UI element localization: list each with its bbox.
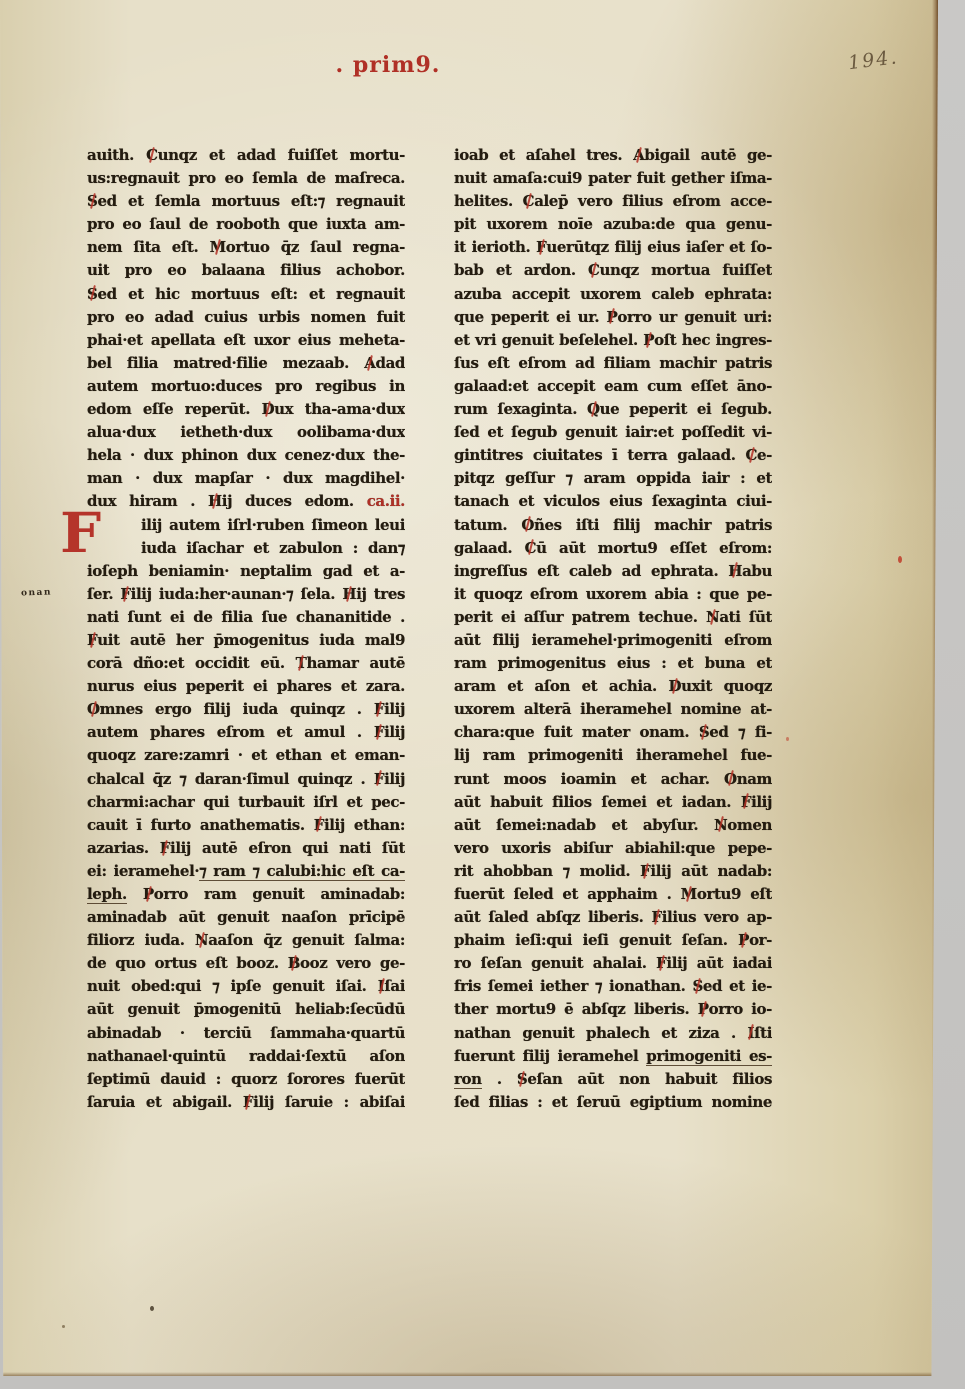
text-line: pit uxorem noīe azuba:de qua genu- [454, 213, 772, 236]
text-line: quoqz zare:zamri · et ethan et eman- [87, 744, 405, 767]
text-line: rum ſexaginta. Que peperit ei ſegub. [454, 398, 772, 421]
text-line: ſeptimū dauid : quorz ſorores fuerūt [87, 1068, 405, 1091]
text-line: vero uxoris abiſur abiahil:que pepe- [454, 837, 772, 860]
text-line: ſed et ſegub genuit iair:et poſſedit vi- [454, 421, 772, 444]
text-line: fris ſemei iether ⁊ ionathan. Sed et ie- [454, 975, 772, 998]
text-line: leph. Porro ram genuit aminadab: [87, 883, 405, 906]
text-column-right: ioab et aſahel tres. Abigail autē ge-nui… [454, 144, 772, 1114]
text-line: nem ſita eſt. Mortuo q̄z ſaul regna- [87, 236, 405, 259]
text-line: pro eo adad cuius urbis nomen fuit [87, 306, 405, 329]
text-line: nati ſunt ei de filia ſue chananitide . [87, 606, 405, 629]
text-line: ei: ieramehel·⁊ ram ⁊ calubi:hic eſt ca- [87, 860, 405, 883]
text-line: bel filia matred·filie mezaab. Adad [87, 352, 405, 375]
text-line: ſed filias : et ſeruū egiptium nomine [454, 1091, 772, 1114]
ink-underline: primogeniti es- [646, 1047, 772, 1066]
text-line: ioab et aſahel tres. Abigail autē ge- [454, 144, 772, 167]
text-line: iuda iſachar et zabulon : dan⁊ [87, 537, 405, 560]
text-line: hela · dux phinon dux cenez·dux the- [87, 444, 405, 467]
text-line: aram et aſon et achia. Duxit quoqz [454, 675, 772, 698]
text-line: ther mortu9 ē abſqz liberis. Porro io- [454, 998, 772, 1021]
text-line: aūt ſemei:nadab et abyſur. Nomen [454, 814, 772, 837]
text-line: gintitres ciuitates ī terra galaad. Ce- [454, 444, 772, 467]
chapter-rubric: ca.ii. [367, 492, 405, 510]
text-line: phai·et apellata eſt uxor eius meheta- [87, 329, 405, 352]
text-line: autem phares eſrom et amul . Filij [87, 721, 405, 744]
text-line: tanach et viculos eius ſexaginta ciui- [454, 490, 772, 513]
text-column-left: auith. Cunqz et adad fuiſſet mortu-us:re… [87, 144, 405, 1114]
red-ink-speck [898, 556, 902, 563]
dark-stain-speck [150, 1306, 154, 1311]
text-line: tatum. Oñes iſti filij machir patris [454, 514, 772, 537]
text-line: it ierioth. Fuerūtqz filij eius iaſer et… [454, 236, 772, 259]
text-line: fuerunt filij ieramehel primogeniti es- [454, 1045, 772, 1068]
text-line: ro ſeſan genuit ahalai. Filij aūt iadai [454, 952, 772, 975]
text-line: chara:que fuit mater onam. Sed ⁊ fi- [454, 721, 772, 744]
text-line: us:regnauit pro eo ſemla de maſreca. [87, 167, 405, 190]
text-line: et vri genuit beſelehel. Poſt hec ingres… [454, 329, 772, 352]
text-line: it quoqz eſrom uxorem abia : que pe- [454, 583, 772, 606]
text-line: de quo ortus eſt booz. Booz vero ge- [87, 952, 405, 975]
text-line: pitqz geſſur ⁊ aram oppida iair : et [454, 467, 772, 490]
text-line: corā dño:et occidit eū. Thamar autē [87, 652, 405, 675]
ink-underline: ⁊ ram ⁊ calubi:hic eſt ca- [199, 862, 405, 881]
text-line: Sed et ſemla mortuus eſt:⁊ regnauit [87, 190, 405, 213]
text-line: auith. Cunqz et adad fuiſſet mortu- [87, 144, 405, 167]
ink-underline: ron [454, 1070, 482, 1089]
text-line: Omnes ergo filij iuda quinqz . Filij [87, 698, 405, 721]
text-line: dux hiram . Hij duces edom. ca.ii. [87, 490, 405, 513]
text-line: ſaruia et abigail. Filij ſaruie : abiſai [87, 1091, 405, 1114]
text-line: autem mortuo:duces pro regibus in [87, 375, 405, 398]
text-line: galaad. Cū aūt mortu9 eſſet eſrom: [454, 537, 772, 560]
text-line: ioſeph beniamin· neptalim gad et a- [87, 560, 405, 583]
marginal-note: onan [21, 587, 52, 598]
ink-underline: leph. [87, 885, 127, 904]
running-header: . prim9. [88, 52, 688, 78]
text-line: ſus eſt eſrom ad filiam machir patris [454, 352, 772, 375]
text-line: nuit obed:qui ⁊ ipſe genuit iſai. Iſai [87, 975, 405, 998]
text-line: bab et ardon. Cunqz mortua fuiſſet [454, 259, 772, 282]
text-line: aminadab aūt genuit naaſon prīcipē [87, 906, 405, 929]
text-line: aūt filij ieramehel·primogeniti eſrom [454, 629, 772, 652]
text-line: uit pro eo balaana filius achobor. [87, 259, 405, 282]
text-line: fuerūt ſeled et apphaim . Mortu9 eſt [454, 883, 772, 906]
text-line: pro eo ſaul de rooboth que iuxta am- [87, 213, 405, 236]
text-line: ram primogenitus eius : et buna et [454, 652, 772, 675]
text-line: nathanael·quintū raddai·ſextū aſon [87, 1045, 405, 1068]
text-line: rit ahobban ⁊ molid. Filij aūt nadab: [454, 860, 772, 883]
text-line: perit ei aſſur patrem techue. Nati ſūt [454, 606, 772, 629]
text-line: azarias. Filij autē eſron qui nati ſūt [87, 837, 405, 860]
red-ink-speck [786, 737, 789, 741]
text-line: ingreſſus eſt caleb ad ephrata. Habu [454, 560, 772, 583]
text-line: nathan genuit phalech et ziza . Iſti [454, 1022, 772, 1045]
text-line: runt moos ioamin et achar. Onam [454, 768, 772, 791]
text-line: ſer. Filij iuda:her·aunan·⁊ ſela. Hij tr… [87, 583, 405, 606]
text-line: aūt genuit p̄mogenitū heliab:ſecūdū [87, 998, 405, 1021]
text-line: aūt habuit filios ſemei et iadan. Filij [454, 791, 772, 814]
text-line: filiorz iuda. Naaſon q̄z genuit ſalma: [87, 929, 405, 952]
text-line: que peperit ei ur. Porro ur genuit uri: [454, 306, 772, 329]
text-line: phaim ieſi:qui ieſi genuit ſeſan. Por- [454, 929, 772, 952]
text-line: galaad:et accepit eam cum eſſet āno- [454, 375, 772, 398]
text-line: abinadab · terciū ſammaha·quartū [87, 1022, 405, 1045]
text-line: helites. Calep̄ vero filius eſrom acce- [454, 190, 772, 213]
text-line: azuba accepit uxorem caleb ephrata: [454, 283, 772, 306]
text-line: ilij autem iſrl·ruben ſimeon leui [87, 514, 405, 537]
text-line: edom eſſe reperūt. Dux tha-ama·dux [87, 398, 405, 421]
text-line: Fuit autē her p̄mogenitus iuda mal9 [87, 629, 405, 652]
dark-stain-speck [62, 1325, 65, 1328]
text-line: nuit amaſa:cui9 pater fuit gether iſma- [454, 167, 772, 190]
text-line: man · dux mapſar · dux magdihel· [87, 467, 405, 490]
text-line: Sed et hic mortuus eſt: et regnauit [87, 283, 405, 306]
text-line: uxorem alterā iheramehel nomine at- [454, 698, 772, 721]
text-line: nurus eius peperit ei phares et zara. [87, 675, 405, 698]
text-line: aūt ſaled abſqz liberis. Filius vero ap- [454, 906, 772, 929]
text-line: lij ram primogeniti iheramehel fue- [454, 744, 772, 767]
text-line: charmi:achar qui turbauit iſrl et pec- [87, 791, 405, 814]
text-line: cauit ī furto anathematis. Filij ethan: [87, 814, 405, 837]
manuscript-page: { "page": { "running_header": ". prim9."… [0, 0, 965, 1389]
text-line: alua·dux ietheth·dux oolibama·dux [87, 421, 405, 444]
text-line: ron . Seſan aūt non habuit filios [454, 1068, 772, 1091]
text-line: chalcal q̄z ⁊ daran·ſimul quinqz . Filij [87, 768, 405, 791]
